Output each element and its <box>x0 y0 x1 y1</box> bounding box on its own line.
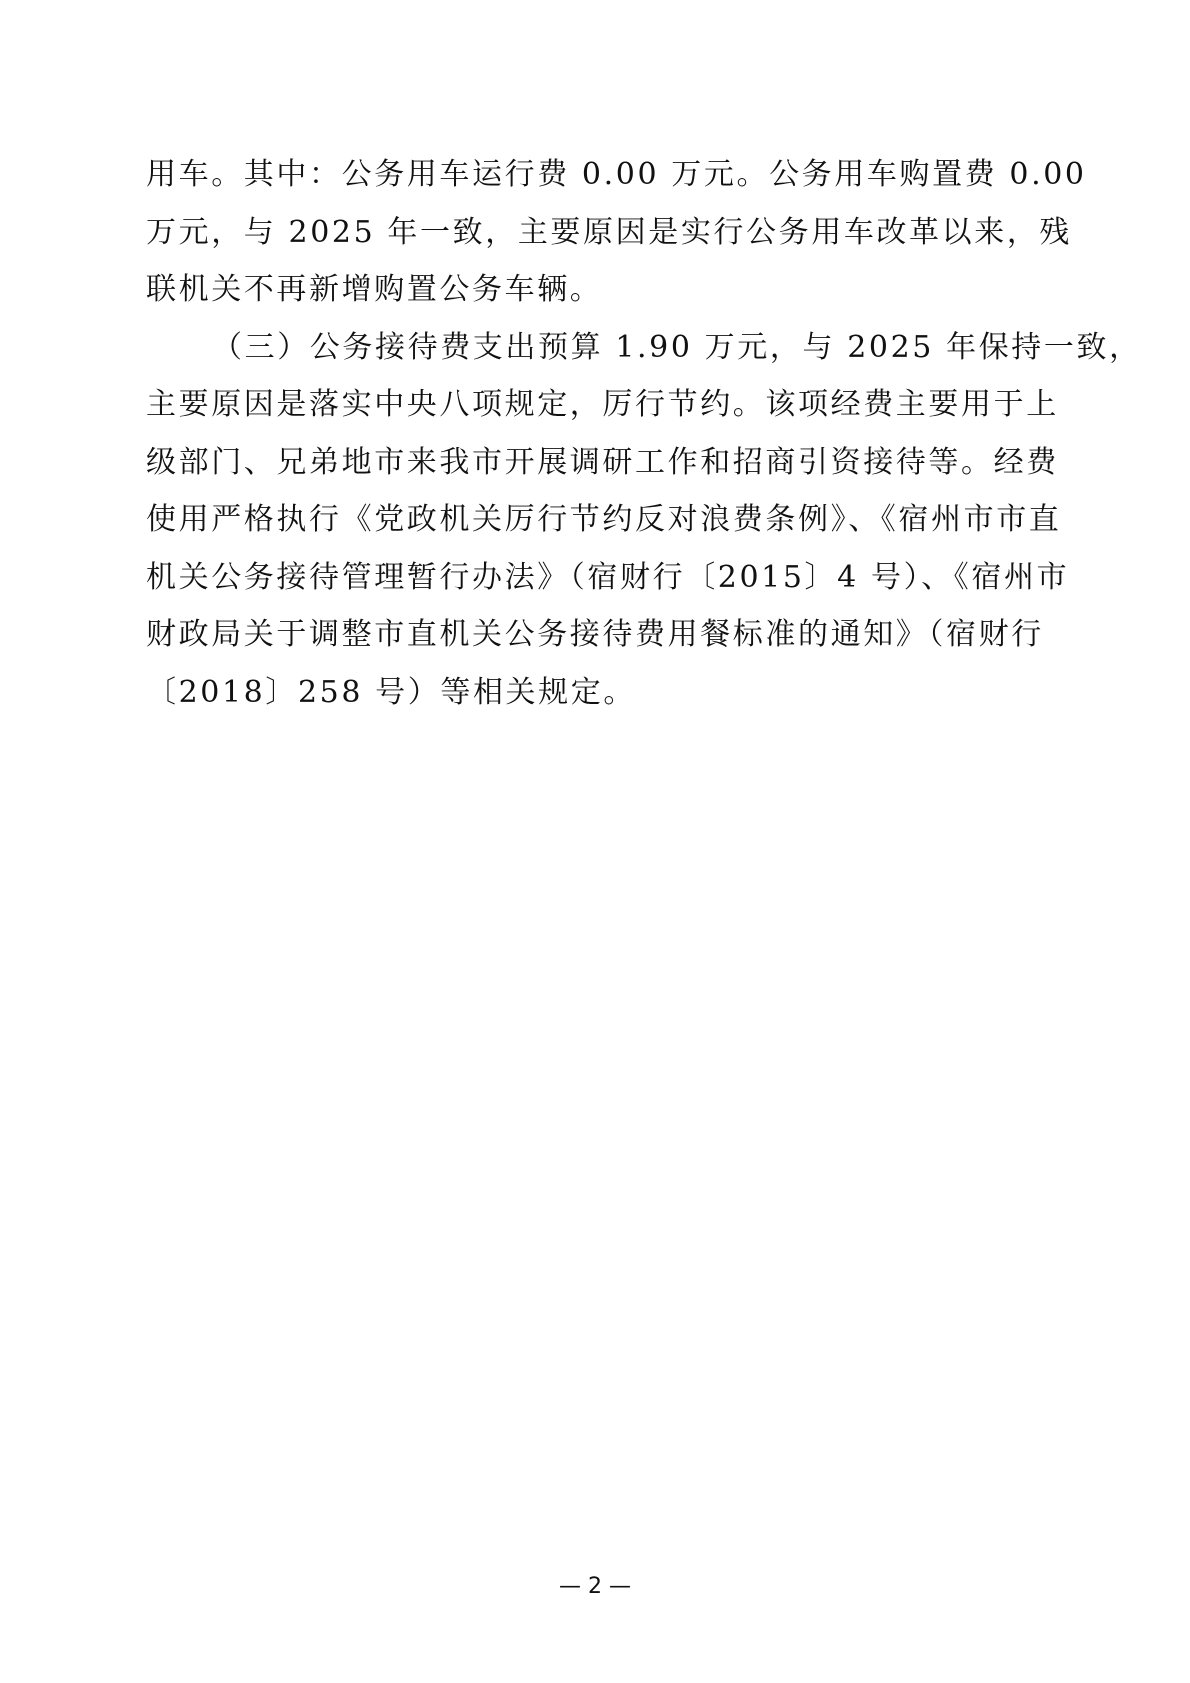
text-line: 联机关不再新增购置公务车辆。 <box>146 261 1014 319</box>
text-line: 级部门、兄弟地市来我市开展调研工作和招商引资接待等。经费 <box>146 434 1014 492</box>
text-line: 万元，与 2025 年一致，主要原因是实行公务用车改革以来，残 <box>146 204 1014 262</box>
paragraph-car-expense: 用车。其中：公务用车运行费 0.00 万元。公务用车购置费 0.00 万元，与 … <box>146 146 1014 319</box>
document-body: 用车。其中：公务用车运行费 0.00 万元。公务用车购置费 0.00 万元，与 … <box>146 146 1014 721</box>
text-line: 使用严格执行《党政机关厉行节约反对浪费条例》、《宿州市市直 <box>146 491 1014 549</box>
page-number: — 2 — <box>0 1574 1190 1599</box>
text-line: 〔2018〕258 号）等相关规定。 <box>146 664 1014 722</box>
text-line: 财政局关于调整市直机关公务接待费用餐标准的通知》（宿财行 <box>146 606 1014 664</box>
paragraph-reception-expense: （三）公务接待费支出预算 1.90 万元，与 2025 年保持一致， 主要原因是… <box>146 319 1014 722</box>
text-line: 主要原因是落实中央八项规定，厉行节约。该项经费主要用于上 <box>146 376 1014 434</box>
text-line: 机关公务接待管理暂行办法》（宿财行〔2015〕4 号）、《宿州市 <box>146 549 1014 607</box>
text-line: （三）公务接待费支出预算 1.90 万元，与 2025 年保持一致， <box>146 319 1014 377</box>
text-line: 用车。其中：公务用车运行费 0.00 万元。公务用车购置费 0.00 <box>146 146 1014 204</box>
document-page: 用车。其中：公务用车运行费 0.00 万元。公务用车购置费 0.00 万元，与 … <box>0 0 1190 1683</box>
